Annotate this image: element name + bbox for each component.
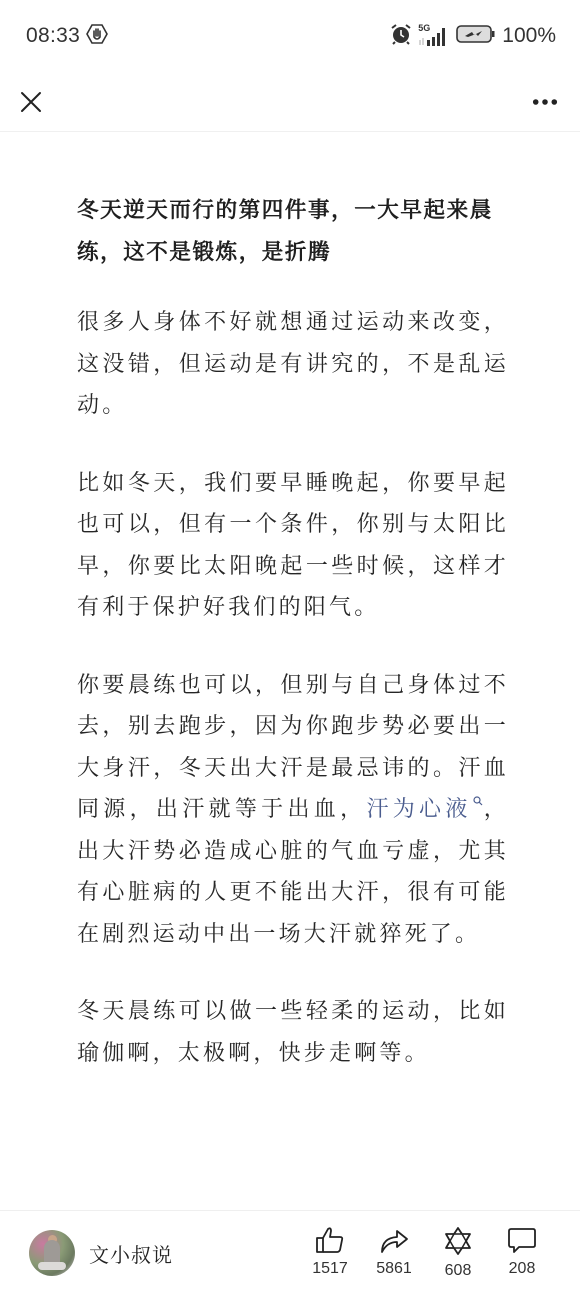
bottom-action-bar: 文小叔说 1517 5861 608 208 xyxy=(0,1210,580,1295)
more-dots-icon xyxy=(532,98,558,106)
comment-button[interactable]: 208 xyxy=(490,1226,554,1280)
star-collect-icon xyxy=(443,1226,473,1256)
close-icon xyxy=(19,90,43,114)
comment-count: 208 xyxy=(509,1260,536,1278)
like-button[interactable]: 1517 xyxy=(298,1226,362,1280)
hand-shield-icon xyxy=(86,23,108,49)
author-avatar[interactable] xyxy=(29,1230,75,1276)
share-button[interactable]: 5861 xyxy=(362,1226,426,1280)
status-time: 08:33 xyxy=(26,24,80,48)
article-title: 冬天逆天而行的第四件事，一大早起来晨练，这不是锻炼，是折腾 xyxy=(77,190,509,274)
battery-percent: 100% xyxy=(502,24,556,48)
share-icon xyxy=(379,1226,409,1254)
alarm-clock-icon xyxy=(390,23,412,49)
share-count: 5861 xyxy=(376,1260,412,1278)
action-buttons: 1517 5861 608 208 xyxy=(298,1226,554,1280)
article-paragraph: 冬天晨练可以做一些轻柔的运动，比如瑜伽啊，太极啊，快步走啊等。 xyxy=(77,991,509,1074)
comment-icon xyxy=(507,1226,537,1254)
keyword-link-text: 汗为心液 xyxy=(366,797,471,822)
article-top-bar xyxy=(0,72,580,132)
like-count: 1517 xyxy=(312,1260,348,1278)
cellular-signal-icon: 5G xyxy=(418,25,450,47)
close-button[interactable] xyxy=(18,89,44,115)
status-left: 08:33 xyxy=(26,23,108,49)
keyword-search-link[interactable]: 汗为心液 xyxy=(366,797,482,822)
status-right: 5G 100% xyxy=(390,23,556,49)
author-info[interactable]: 文小叔说 xyxy=(29,1230,298,1276)
article-paragraph: 很多人身体不好就想通过运动来改变，这没错，但运动是有讲究的，不是乱运动。 xyxy=(77,302,509,427)
article-body: 冬天逆天而行的第四件事，一大早起来晨练，这不是锻炼，是折腾 很多人身体不好就想通… xyxy=(77,190,509,1110)
author-name[interactable]: 文小叔说 xyxy=(89,1239,173,1268)
collect-count: 608 xyxy=(445,1262,472,1280)
article-paragraph: 你要晨练也可以，但别与自己身体过不去，别去跑步，因为你跑步势必要出一大身汗，冬天… xyxy=(77,665,509,956)
thumbs-up-icon xyxy=(315,1226,345,1254)
more-options-button[interactable] xyxy=(532,89,558,115)
article-paragraph: 比如冬天，我们要早睡晚起，你要早起也可以，但有一个条件，你别与太阳比早，你要比太… xyxy=(77,463,509,629)
battery-charging-icon xyxy=(456,24,496,48)
search-icon xyxy=(473,796,483,808)
collect-button[interactable]: 608 xyxy=(426,1226,490,1280)
status-bar: 08:33 5G xyxy=(0,0,580,72)
